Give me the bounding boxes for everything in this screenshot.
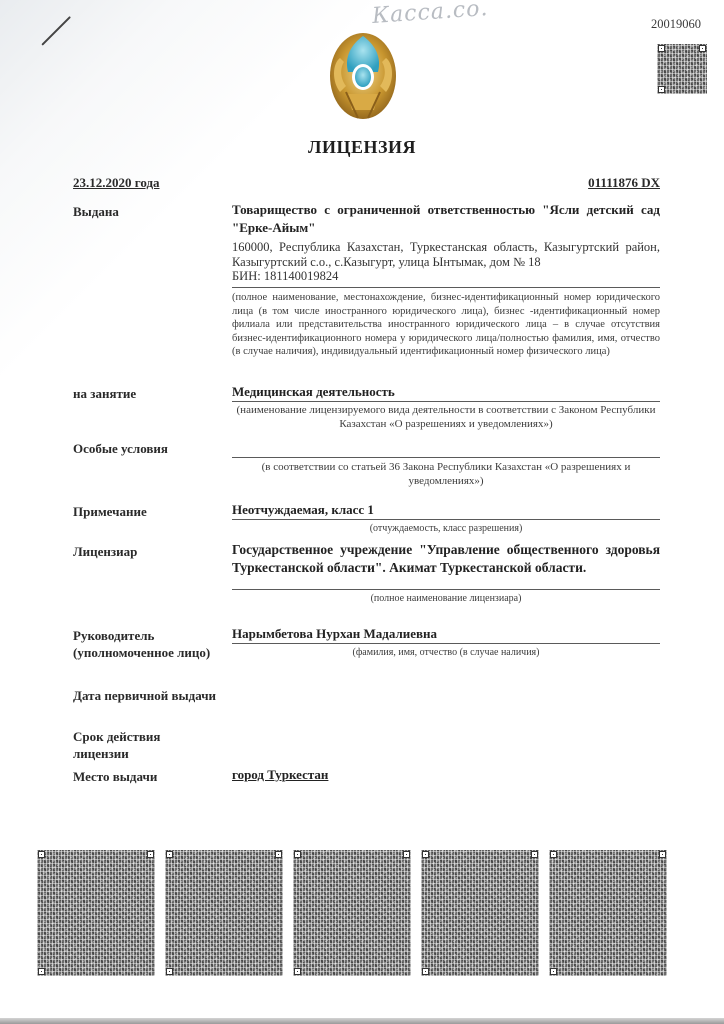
state-emblem-icon: [328, 30, 398, 122]
qr-code-icon: [421, 850, 539, 976]
licensor-value: Государственное учреждение "Управление о…: [232, 541, 660, 577]
special-conditions-label: Особые условия: [73, 440, 168, 457]
document-title: ЛИЦЕНЗИЯ: [0, 137, 724, 158]
note-value: Неотчуждаемая, класс 1: [232, 501, 660, 519]
license-number: 01111876 DX: [588, 175, 660, 191]
issued-to-bin: БИН: 181140019824: [232, 269, 660, 284]
activity-label: на занятие: [73, 385, 136, 402]
licensor-label: Лицензиар: [73, 543, 137, 560]
head-label-line2: (уполномоченное лицо): [73, 644, 210, 661]
note-label: Примечание: [73, 503, 147, 520]
licensor-hint: (полное наименование лицензиара): [232, 592, 660, 606]
qr-code-icon: [549, 850, 667, 976]
issued-to-org-name: Товарищество с ограниченной ответственно…: [232, 201, 660, 237]
divider: [232, 589, 660, 590]
head-hint: (фамилия, имя, отчество (в случае наличи…: [232, 646, 660, 660]
qr-code-icon: [37, 850, 155, 976]
head-value: Нарымбетова Нурхан Мадалиевна: [232, 625, 660, 643]
activity-hint: (наименование лицензируемого вида деятел…: [232, 404, 660, 431]
qr-code-icon: [165, 850, 283, 976]
place-label: Место выдачи: [73, 768, 157, 785]
issued-to-address: 160000, Республика Казахстан, Туркестанс…: [232, 240, 660, 270]
validity-label-line1: Срок действия: [73, 728, 160, 745]
validity-label-line2: лицензии: [73, 745, 160, 762]
activity-value: Медицинская деятельность: [232, 383, 660, 401]
qr-code-icon: [657, 44, 707, 94]
qr-code-icon: [293, 850, 411, 976]
first-issue-date-label: Дата первичной выдачи: [73, 687, 216, 704]
divider: [232, 287, 660, 288]
scan-edge: [0, 1018, 724, 1024]
license-date: 23.12.2020 года: [73, 175, 160, 191]
issued-to-hint: (полное наименование, местонахождение, б…: [232, 291, 660, 359]
special-conditions-hint: (в соответствии со статьей 36 Закона Рес…: [232, 461, 660, 488]
divider: [232, 457, 660, 458]
serial-number: 20019060: [651, 17, 701, 32]
note-hint: (отчуждаемость, класс разрешения): [232, 522, 660, 536]
divider: [232, 519, 660, 520]
validity-label: Срок действия лицензии: [73, 728, 160, 762]
divider: [232, 643, 660, 644]
head-label: Руководитель (уполномоченное лицо): [73, 627, 210, 661]
place-value: город Туркестан: [232, 766, 660, 784]
head-label-line1: Руководитель: [73, 627, 210, 644]
qr-code-row: [37, 850, 667, 976]
issued-to-label: Выдана: [73, 203, 119, 220]
divider: [232, 401, 660, 402]
